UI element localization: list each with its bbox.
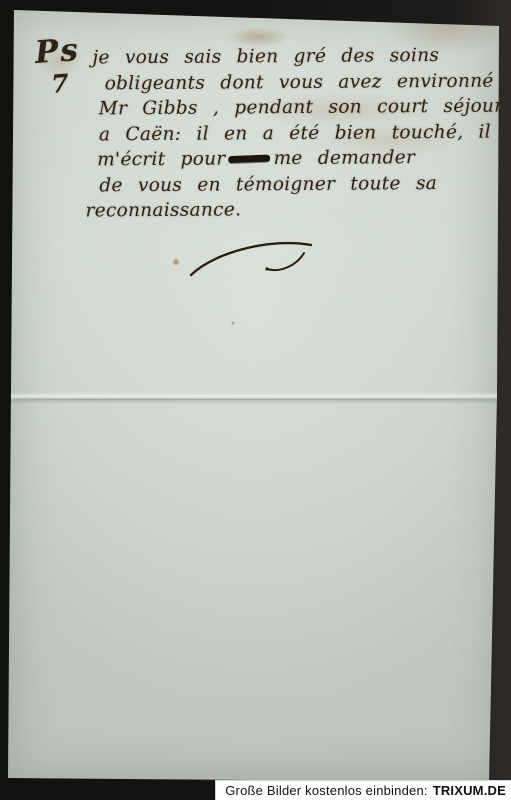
manuscript-line: a Caën: il en a été bien touché, il (99, 119, 505, 147)
manuscript-line-with-strikeout: m'écrit pourme demander (97, 145, 505, 173)
watermark-text: Große Bilder kostenlos einbinden: (225, 783, 427, 798)
handwritten-text: je vous sais bien gré des soins obligean… (84, 43, 505, 224)
photo-of-letter: Ps 7 je vous sais bien gré des soins obl… (0, 0, 511, 800)
trixum-brand: TRIXUM.DE (433, 783, 506, 798)
fold-crease (8, 392, 500, 404)
fold-crease-line (12, 399, 494, 400)
manuscript-line: Mr Gibbs , pendant son court séjour (99, 94, 505, 122)
manuscript-line: de vous en témoigner toute sa (99, 170, 505, 198)
trixum-watermark-bar: Große Bilder kostenlos einbinden: TRIXUM… (215, 780, 511, 800)
margin-mark-ps: Ps (34, 34, 92, 69)
struck-out-word-scribble (228, 154, 270, 163)
ink-flourish-paraph (183, 236, 328, 284)
manuscript-line-part-after: me demander (273, 147, 415, 169)
manuscript-line: je vous sais bien gré des soins (92, 43, 504, 71)
manuscript-line-part-before: m'écrit pour (97, 148, 226, 170)
manuscript-line: obligeants dont vous avez environné (105, 68, 505, 96)
manuscript-line: reconnaissance. (85, 196, 505, 224)
